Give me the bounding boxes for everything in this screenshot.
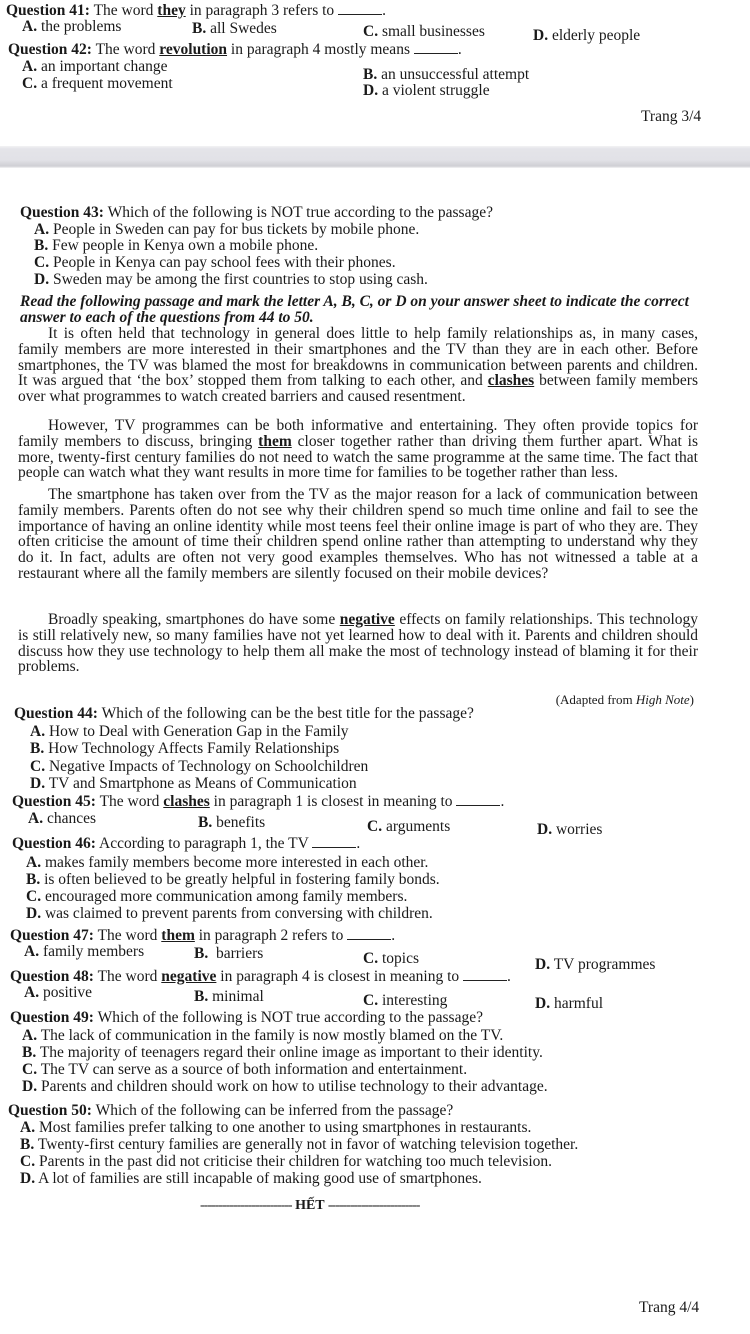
q46-option-c: C. encouraged more communication among f… [26, 889, 407, 905]
passage-source: (Adapted from High Note) [556, 692, 694, 708]
keyword-them: them [258, 433, 292, 450]
end-of-exam-marker: ------------------------- HẾT ----------… [200, 1198, 419, 1214]
q41-option-d: D. elderly people [533, 28, 640, 44]
q41-option-b: B. all Swedes [192, 21, 277, 37]
q47-option-b: B. barriers [194, 946, 263, 962]
question-44: Question 44: Which of the following can … [14, 706, 474, 722]
page-number-3: Trang 3/4 [641, 108, 701, 126]
question-45: Question 45: The word clashes in paragra… [12, 794, 504, 810]
q48-option-d: D. harmful [535, 996, 603, 1012]
q45-option-d: D. worries [537, 822, 602, 838]
q46-option-d: D. was claimed to prevent parents from c… [26, 906, 433, 922]
page-number-4: Trang 4/4 [639, 1299, 699, 1317]
q42-option-b: B. an unsuccessful attempt [363, 67, 529, 83]
passage-paragraph-4: Broadly speaking, smartphones do have so… [18, 612, 698, 675]
q48-option-c: C. interesting [363, 993, 447, 1009]
answer-blank [414, 42, 458, 54]
q46-option-a: A. makes family members become more inte… [26, 855, 428, 871]
q50-option-c: C. Parents in the past did not criticise… [20, 1154, 552, 1170]
answer-blank [463, 969, 507, 981]
q50-option-d: D. A lot of families are still incapable… [20, 1171, 482, 1187]
q45-option-b: B. benefits [198, 815, 265, 831]
keyword-negative: negative [340, 611, 395, 628]
q41-option-a: A. the problems [22, 19, 121, 35]
page-separator [0, 146, 750, 168]
answer-blank [338, 3, 382, 15]
answer-blank [456, 794, 500, 806]
question-49: Question 49: Which of the following is N… [10, 1010, 483, 1026]
keyword-revolution: revolution [159, 41, 227, 58]
passage-paragraph-3: The smartphone has taken over from the T… [18, 487, 698, 582]
answer-blank [312, 836, 356, 848]
passage-paragraph-1: It is often held that technology in gene… [18, 326, 698, 405]
q44-option-c: C. Negative Impacts of Technology on Sch… [30, 759, 368, 775]
question-46: Question 46: According to paragraph 1, t… [12, 836, 360, 852]
q44-option-b: B. How Technology Affects Family Relatio… [30, 741, 339, 757]
question-43: Question 43: Which of the following is N… [20, 205, 493, 221]
q47-option-d: D. TV programmes [535, 957, 655, 973]
q45-option-c: C. arguments [367, 819, 450, 835]
keyword-clashes: clashes [488, 372, 535, 389]
q43-option-d: D. Sweden may be among the first countri… [34, 272, 428, 288]
q47-option-a: A. family members [24, 944, 144, 960]
question-50: Question 50: Which of the following can … [8, 1103, 453, 1119]
q42-option-d: D. a violent struggle [363, 83, 490, 99]
q41-option-c: C. small businesses [363, 24, 485, 40]
keyword-they: they [157, 2, 185, 19]
q50-option-b: B. Twenty-first century families are gen… [20, 1137, 578, 1153]
q43-option-a: A. People in Sweden can pay for bus tick… [34, 222, 419, 238]
question-41: Question 41: The word they in paragraph … [6, 3, 386, 19]
q49-option-b: B. The majority of teenagers regard thei… [22, 1045, 543, 1061]
q44-option-a: A. How to Deal with Generation Gap in th… [30, 724, 349, 740]
q48-option-a: A. positive [24, 985, 92, 1001]
q46-option-b: B. is often believed to be greatly helpf… [26, 872, 440, 888]
q42-option-a: A. an important change [22, 59, 168, 75]
q45-option-a: A. chances [28, 811, 96, 827]
q50-option-a: A. Most families prefer talking to one a… [20, 1120, 531, 1136]
passage-paragraph-2: However, TV programmes can be both infor… [18, 418, 698, 481]
page-3: Question 41: The word they in paragraph … [0, 0, 750, 146]
q49-option-c: C. The TV can serve as a source of both … [22, 1062, 467, 1078]
q43-option-b: B. Few people in Kenya own a mobile phon… [34, 238, 318, 254]
q42-option-c: C. a frequent movement [22, 76, 173, 92]
question-42: Question 42: The word revolution in para… [8, 42, 462, 58]
q49-option-d: D. Parents and children should work on h… [22, 1079, 548, 1095]
q43-option-c: C. People in Kenya can pay school fees w… [34, 255, 396, 271]
q49-option-a: A. The lack of communication in the fami… [22, 1028, 503, 1044]
q47-option-c: C. topics [363, 951, 419, 967]
question-47: Question 47: The word them in paragraph … [10, 928, 395, 944]
question-48: Question 48: The word negative in paragr… [10, 969, 511, 985]
q44-option-d: D. TV and Smartphone as Means of Communi… [30, 776, 357, 792]
answer-blank [347, 928, 391, 940]
reading-instructions: Read the following passage and mark the … [20, 294, 710, 326]
q48-option-b: B. minimal [194, 989, 264, 1005]
